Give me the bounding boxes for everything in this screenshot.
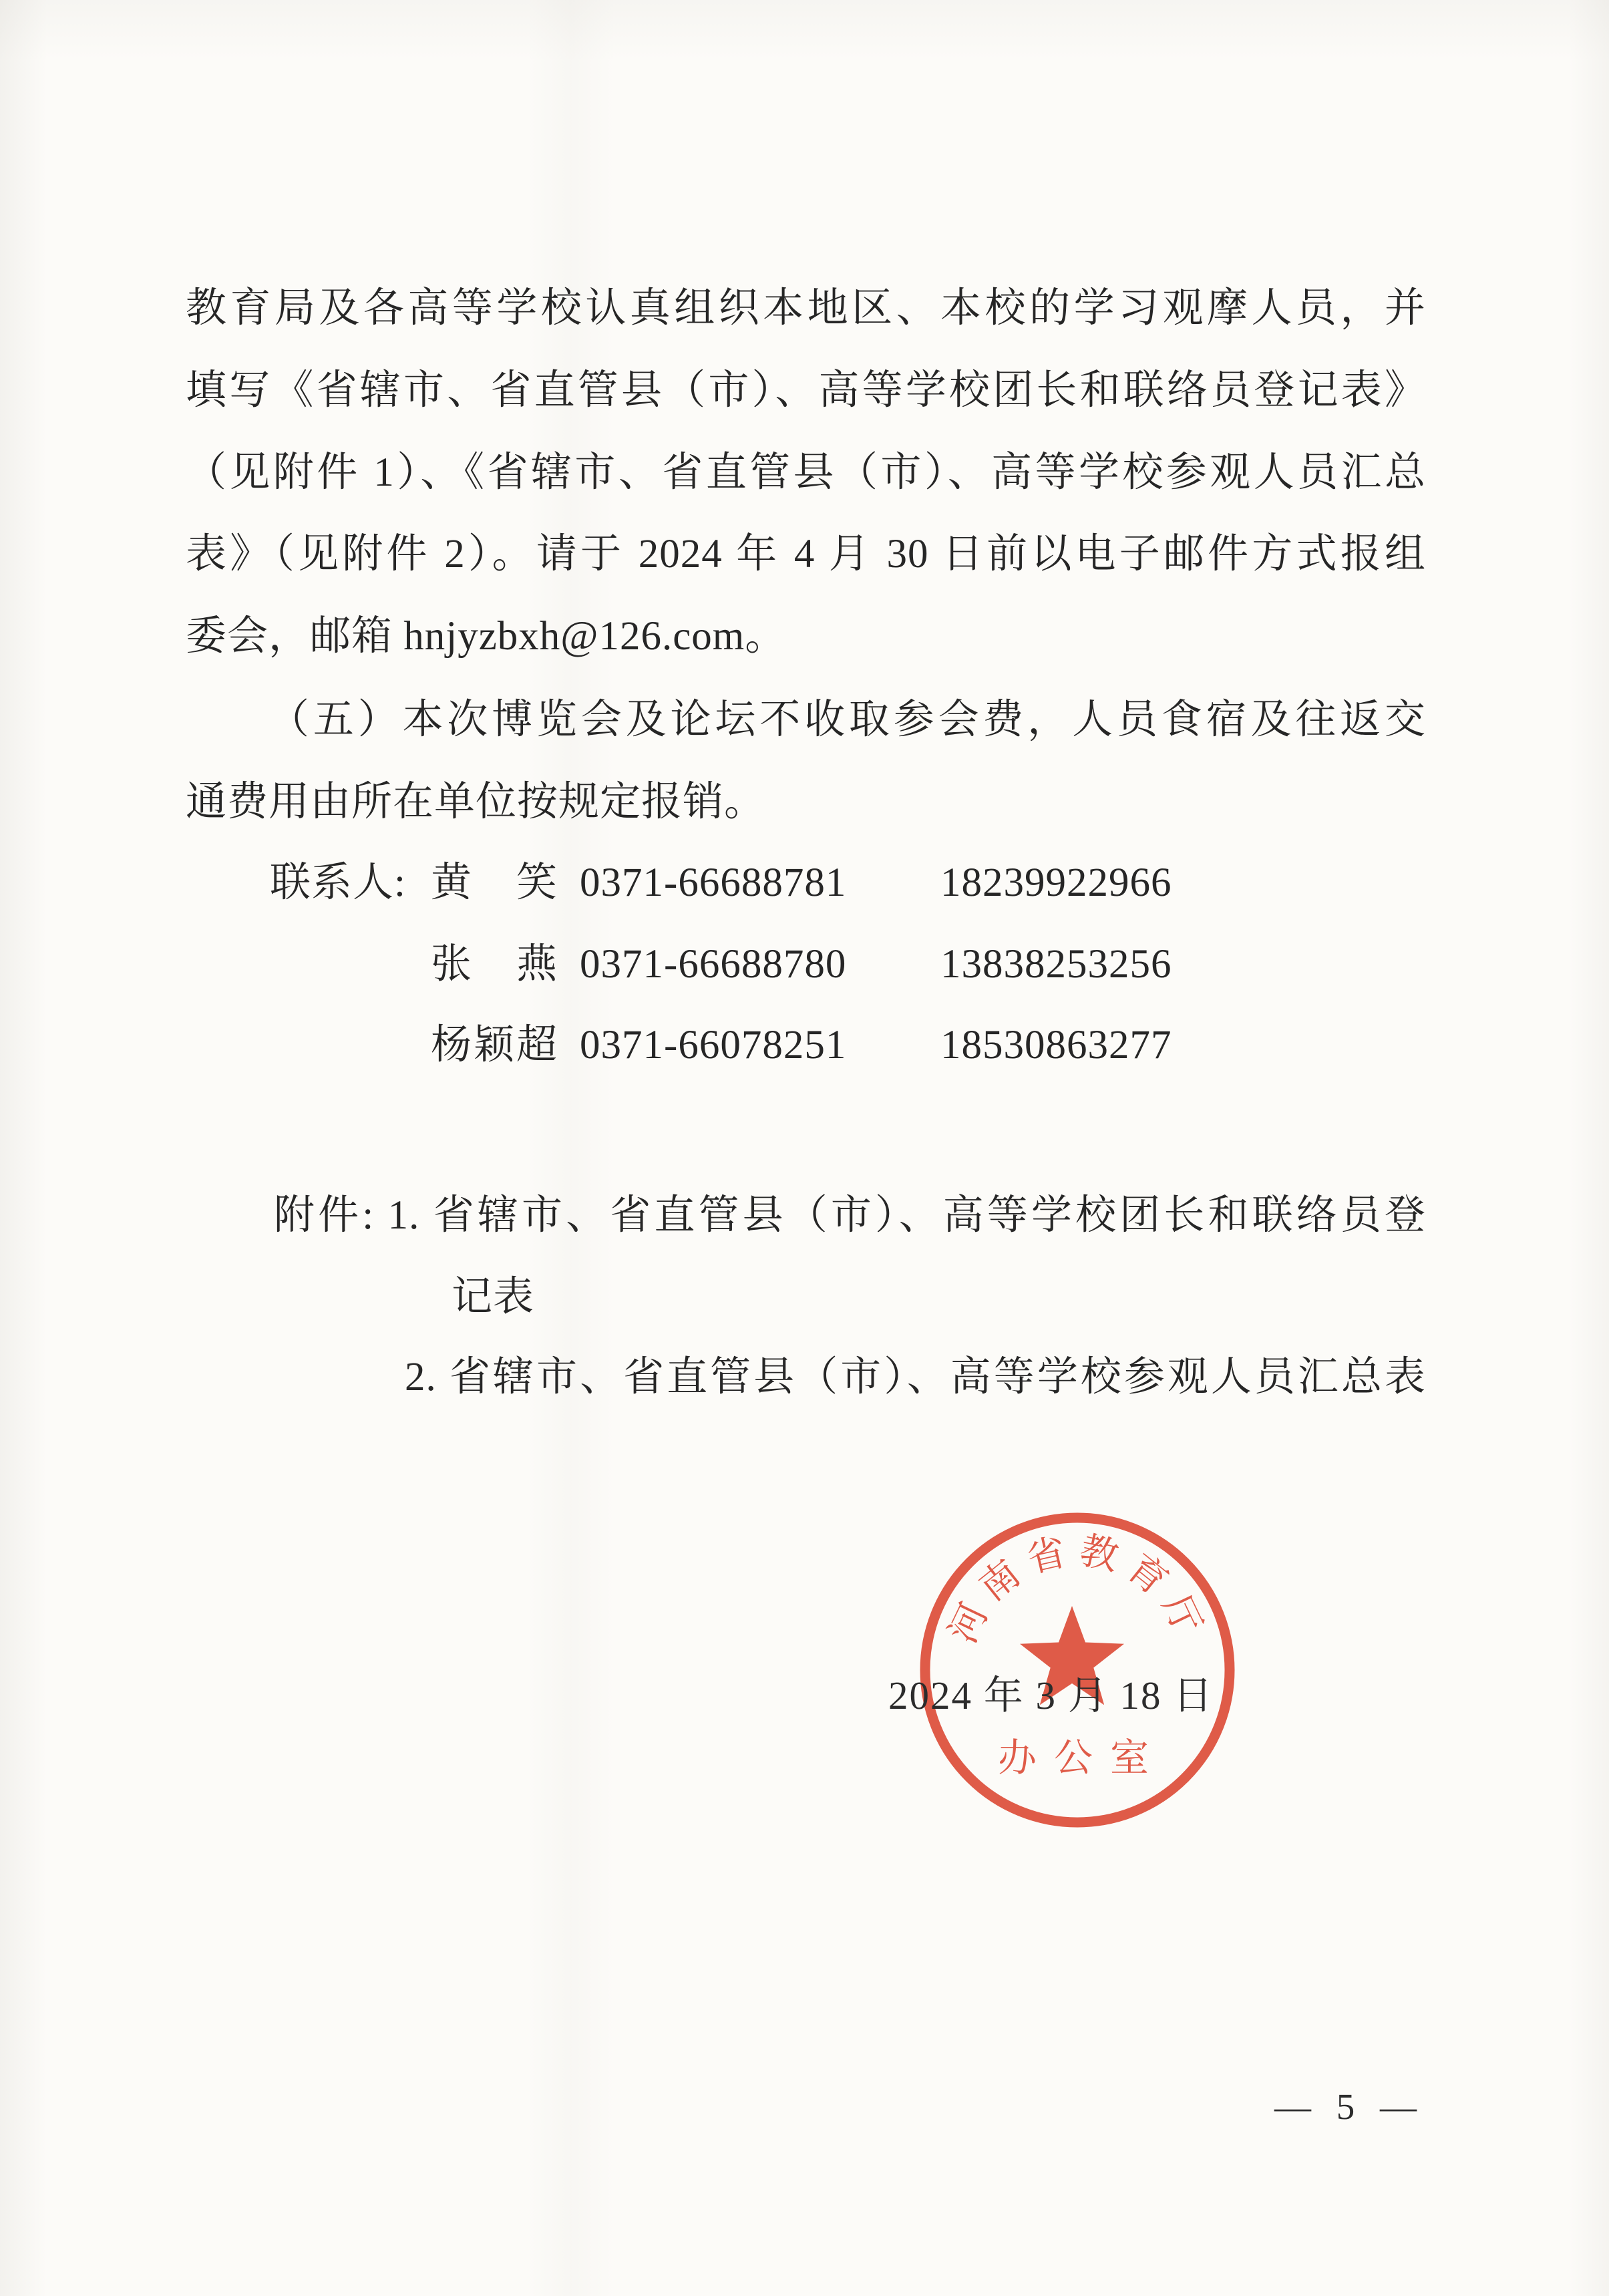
contact-mobile-3: 18530863277: [940, 1023, 1172, 1068]
attachment-line-1: 附件: 1. 省辖市、省直管县（市）、高等学校团长和联络员登: [186, 1193, 1426, 1239]
body-line-5: 委会，邮箱 hnjyzbxh@126.com。: [186, 614, 1426, 659]
contacts-label: 联系人:: [270, 860, 406, 906]
official-seal: 河南省教育厅 办公室: [919, 1512, 1236, 1828]
document-page: 教育局及各高等学校认真组织本地区、本校的学习观摩人员，并 填写《省辖市、省直管县…: [0, 0, 1609, 2296]
contact-row-3: 杨颖超 0371-66078251 18530863277: [0, 1023, 1609, 1070]
body-line-6: （五）本次博览会及论坛不收取参会费，人员食宿及往返交: [186, 697, 1426, 743]
contact-phone-2: 0371-66688780: [580, 942, 846, 987]
page-number: — 5 —: [1274, 2086, 1425, 2128]
scan-artifact-top: [0, 0, 1609, 60]
body-line-3: （见附件 1）、《省辖市、省直管县（市）、高等学校参观人员汇总: [186, 450, 1426, 496]
body-line-1: 教育局及各高等学校认真组织本地区、本校的学习观摩人员，并: [186, 286, 1426, 331]
body-line-2: 填写《省辖市、省直管县（市）、高等学校团长和联络员登记表》: [186, 368, 1426, 414]
contact-mobile-2: 13838253256: [940, 942, 1172, 987]
contact-row-2: 张 燕 0371-66688780 13838253256: [0, 942, 1609, 989]
contact-name-3: 杨颖超: [431, 1023, 558, 1068]
scan-artifact-middle: [528, 0, 614, 2296]
attachment-line-3: 2. 省辖市、省直管县（市）、高等学校参观人员汇总表: [186, 1355, 1426, 1400]
contact-name-1: 黄 笑: [431, 860, 558, 906]
contact-phone-3: 0371-66078251: [580, 1023, 846, 1068]
body-line-4: 表》（见附件 2）。请于 2024 年 4 月 30 日前以电子邮件方式报组: [186, 532, 1426, 577]
contact-phone-1: 0371-66688781: [580, 860, 846, 906]
seal-office-text: 办公室: [998, 1736, 1166, 1780]
scan-artifact-left: [0, 0, 47, 2296]
attachment-line-2: 记表: [186, 1275, 1609, 1320]
contact-row-1: 联系人: 黄 笑 0371-66688781 18239922966: [0, 860, 1609, 907]
scan-artifact-right: [1569, 0, 1609, 2296]
contact-mobile-1: 18239922966: [940, 860, 1172, 906]
body-line-7: 通费用由所在单位按规定报销。: [186, 780, 1426, 825]
document-date: 2024 年 3 月 18 日: [888, 1674, 1214, 1717]
contact-name-2: 张 燕: [431, 942, 558, 987]
